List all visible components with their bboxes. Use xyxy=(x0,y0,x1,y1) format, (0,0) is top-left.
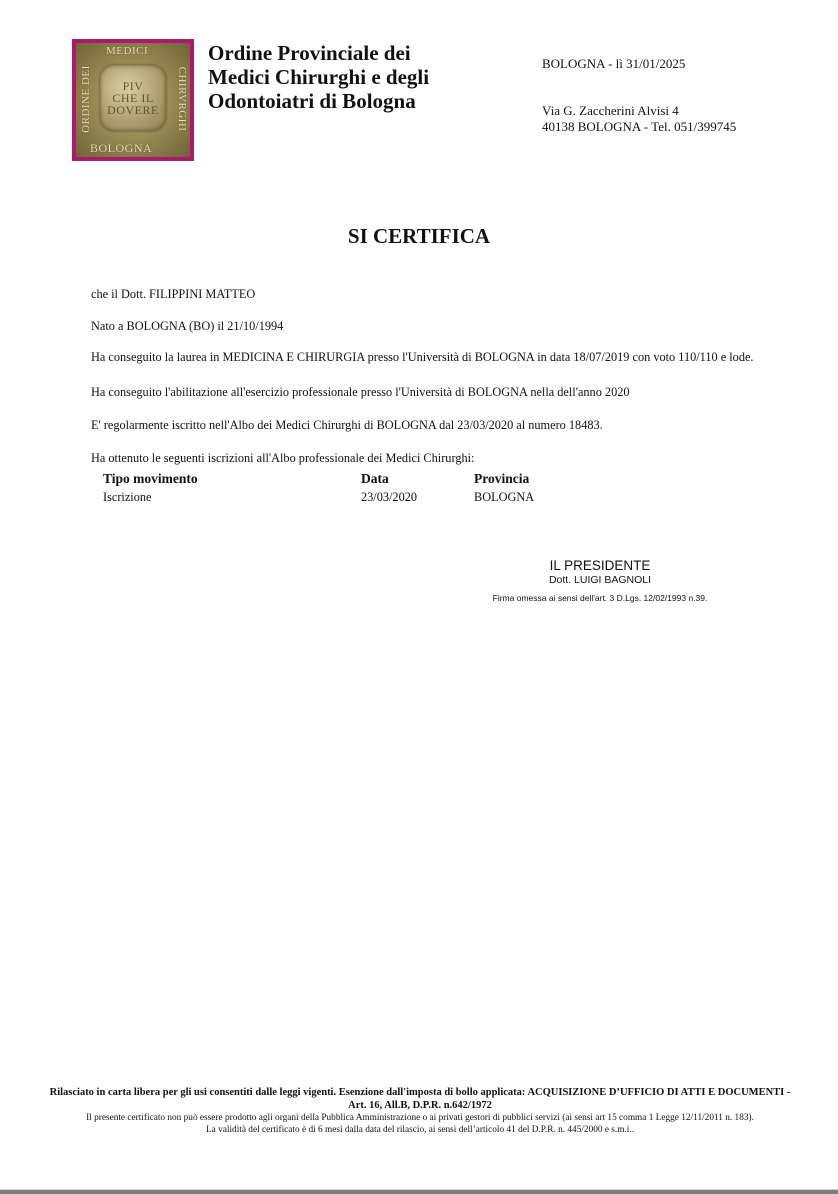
footer-exemption: Rilasciato in carta libera per gli usi c… xyxy=(40,1086,800,1112)
doctor-name: che il Dott. FILIPPINI MATTEO xyxy=(91,287,761,301)
coat-of-arms-seal-icon: MEDICI CHIRVRGHI BOLOGNA ORDINE DEI PIV … xyxy=(76,43,190,157)
address-city-phone: 40138 BOLOGNA - Tel. 051/399745 xyxy=(542,119,736,135)
certificate-title: SI CERTIFICA xyxy=(0,224,838,249)
certificate-page: MEDICI CHIRVRGHI BOLOGNA ORDINE DEI PIV … xyxy=(0,0,838,1188)
footer-usage-notice: Il presente certificato non può essere p… xyxy=(40,1112,800,1124)
column-header-date: Data xyxy=(361,470,474,488)
logo-ring-left: ORDINE DEI xyxy=(80,51,92,147)
address-street: Via G. Zaccherini Alvisi 4 xyxy=(542,103,736,119)
address-block: Via G. Zaccherini Alvisi 4 40138 BOLOGNA… xyxy=(542,103,736,135)
table-row: Iscrizione 23/03/2020 BOLOGNA xyxy=(103,488,594,506)
cell-province: BOLOGNA xyxy=(474,488,594,506)
column-header-province: Provincia xyxy=(474,470,594,488)
logo-ring-bottom: BOLOGNA xyxy=(90,141,152,156)
footer-notes: Rilasciato in carta libera per gli usi c… xyxy=(40,1086,800,1136)
plaque-line: DOVERE xyxy=(107,104,159,116)
viewer-bottom-edge xyxy=(0,1189,838,1194)
registration-info: E' regolarmente iscritto nell'Albo dei M… xyxy=(91,418,761,432)
registrations-intro: Ha ottenuto le seguenti iscrizioni all'A… xyxy=(91,451,761,465)
logo-ring-right: CHIRVRGHI xyxy=(176,51,188,147)
logo-plaque: PIV CHE IL DOVERE xyxy=(100,65,166,131)
footer-validity: La validità del certificato è di 6 mesi … xyxy=(40,1124,800,1136)
column-header-type: Tipo movimento xyxy=(103,470,361,488)
cell-type: Iscrizione xyxy=(103,488,361,506)
order-logo: MEDICI CHIRVRGHI BOLOGNA ORDINE DEI PIV … xyxy=(72,39,194,161)
logo-ring-top: MEDICI xyxy=(106,45,148,57)
organization-name: Ordine Provinciale dei Medici Chirurghi … xyxy=(208,41,448,113)
birth-info: Nato a BOLOGNA (BO) il 21/10/1994 xyxy=(91,319,761,333)
signatory-role: IL PRESIDENTE xyxy=(460,558,740,574)
cell-date: 23/03/2020 xyxy=(361,488,474,506)
signatory-name: Dott. LUIGI BAGNOLI xyxy=(460,574,740,587)
place-and-date: BOLOGNA - lì 31/01/2025 xyxy=(542,56,685,71)
qualification-info: Ha conseguito l'abilitazione all'eserciz… xyxy=(91,385,761,399)
degree-info: Ha conseguito la laurea in MEDICINA E CH… xyxy=(91,350,761,364)
movements-table: Tipo movimento Data Provincia Iscrizione… xyxy=(103,470,594,506)
table-header-row: Tipo movimento Data Provincia xyxy=(103,470,594,488)
signature-block: IL PRESIDENTE Dott. LUIGI BAGNOLI Firma … xyxy=(460,558,740,604)
signature-omitted-note: Firma omessa ai sensi dell'art. 3 D.Lgs.… xyxy=(460,593,740,604)
